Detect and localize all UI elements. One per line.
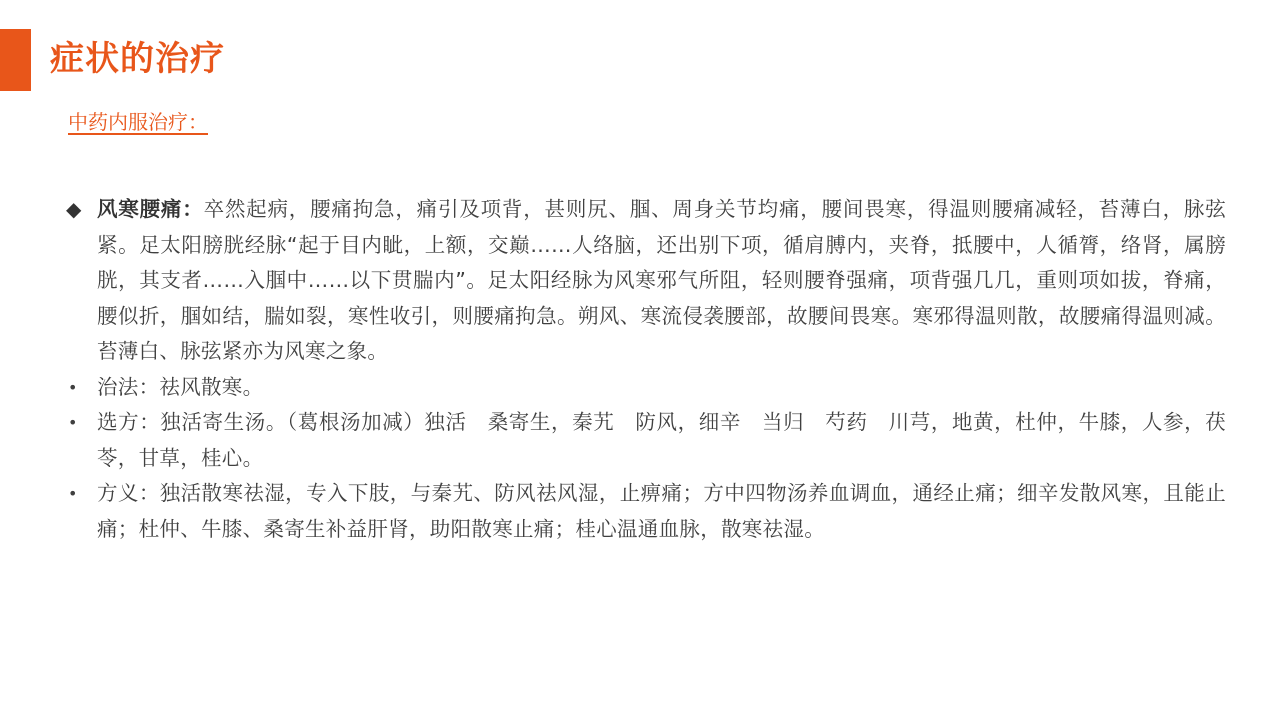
syndrome-paragraph: ◆ 风寒腰痛：卒然起病，腰痛拘急，痛引及项背，甚则尻、腘、周身关节均痛，腰间畏寒… bbox=[66, 192, 1226, 370]
bullet-text: 治法：祛风散寒。 bbox=[97, 375, 263, 399]
bullet-text: 方义：独活散寒祛湿，专入下肢，与秦艽、防风祛风湿，止痹痛；方中四物汤养血调血，通… bbox=[97, 481, 1226, 541]
bullet-icon: • bbox=[68, 405, 99, 441]
bullet-item-prescription: • 选方：独活寄生汤。（葛根汤加减）独活 桑寄生，秦艽 防风，细辛 当归 芍药 … bbox=[66, 405, 1226, 476]
slide-title: 症状的治疗 bbox=[50, 36, 225, 82]
title-accent-bar bbox=[0, 29, 31, 91]
section-subtitle: 中药内服治疗： bbox=[68, 108, 208, 136]
diamond-icon: ◆ bbox=[66, 192, 97, 228]
bullet-text: 选方：独活寄生汤。（葛根汤加减）独活 桑寄生，秦艽 防风，细辛 当归 芍药 川芎… bbox=[97, 410, 1226, 470]
bullet-icon: • bbox=[68, 370, 99, 406]
syndrome-description: 卒然起病，腰痛拘急，痛引及项背，甚则尻、腘、周身关节均痛，腰间畏寒，得温则腰痛减… bbox=[97, 197, 1226, 363]
syndrome-label: 风寒腰痛： bbox=[97, 197, 204, 221]
bullet-item-treatment-method: • 治法：祛风散寒。 bbox=[66, 370, 1226, 406]
bullet-icon: • bbox=[68, 476, 99, 512]
slide-content: ◆ 风寒腰痛：卒然起病，腰痛拘急，痛引及项背，甚则尻、腘、周身关节均痛，腰间畏寒… bbox=[66, 192, 1226, 547]
bullet-item-formula-rationale: • 方义：独活散寒祛湿，专入下肢，与秦艽、防风祛风湿，止痹痛；方中四物汤养血调血… bbox=[66, 476, 1226, 547]
